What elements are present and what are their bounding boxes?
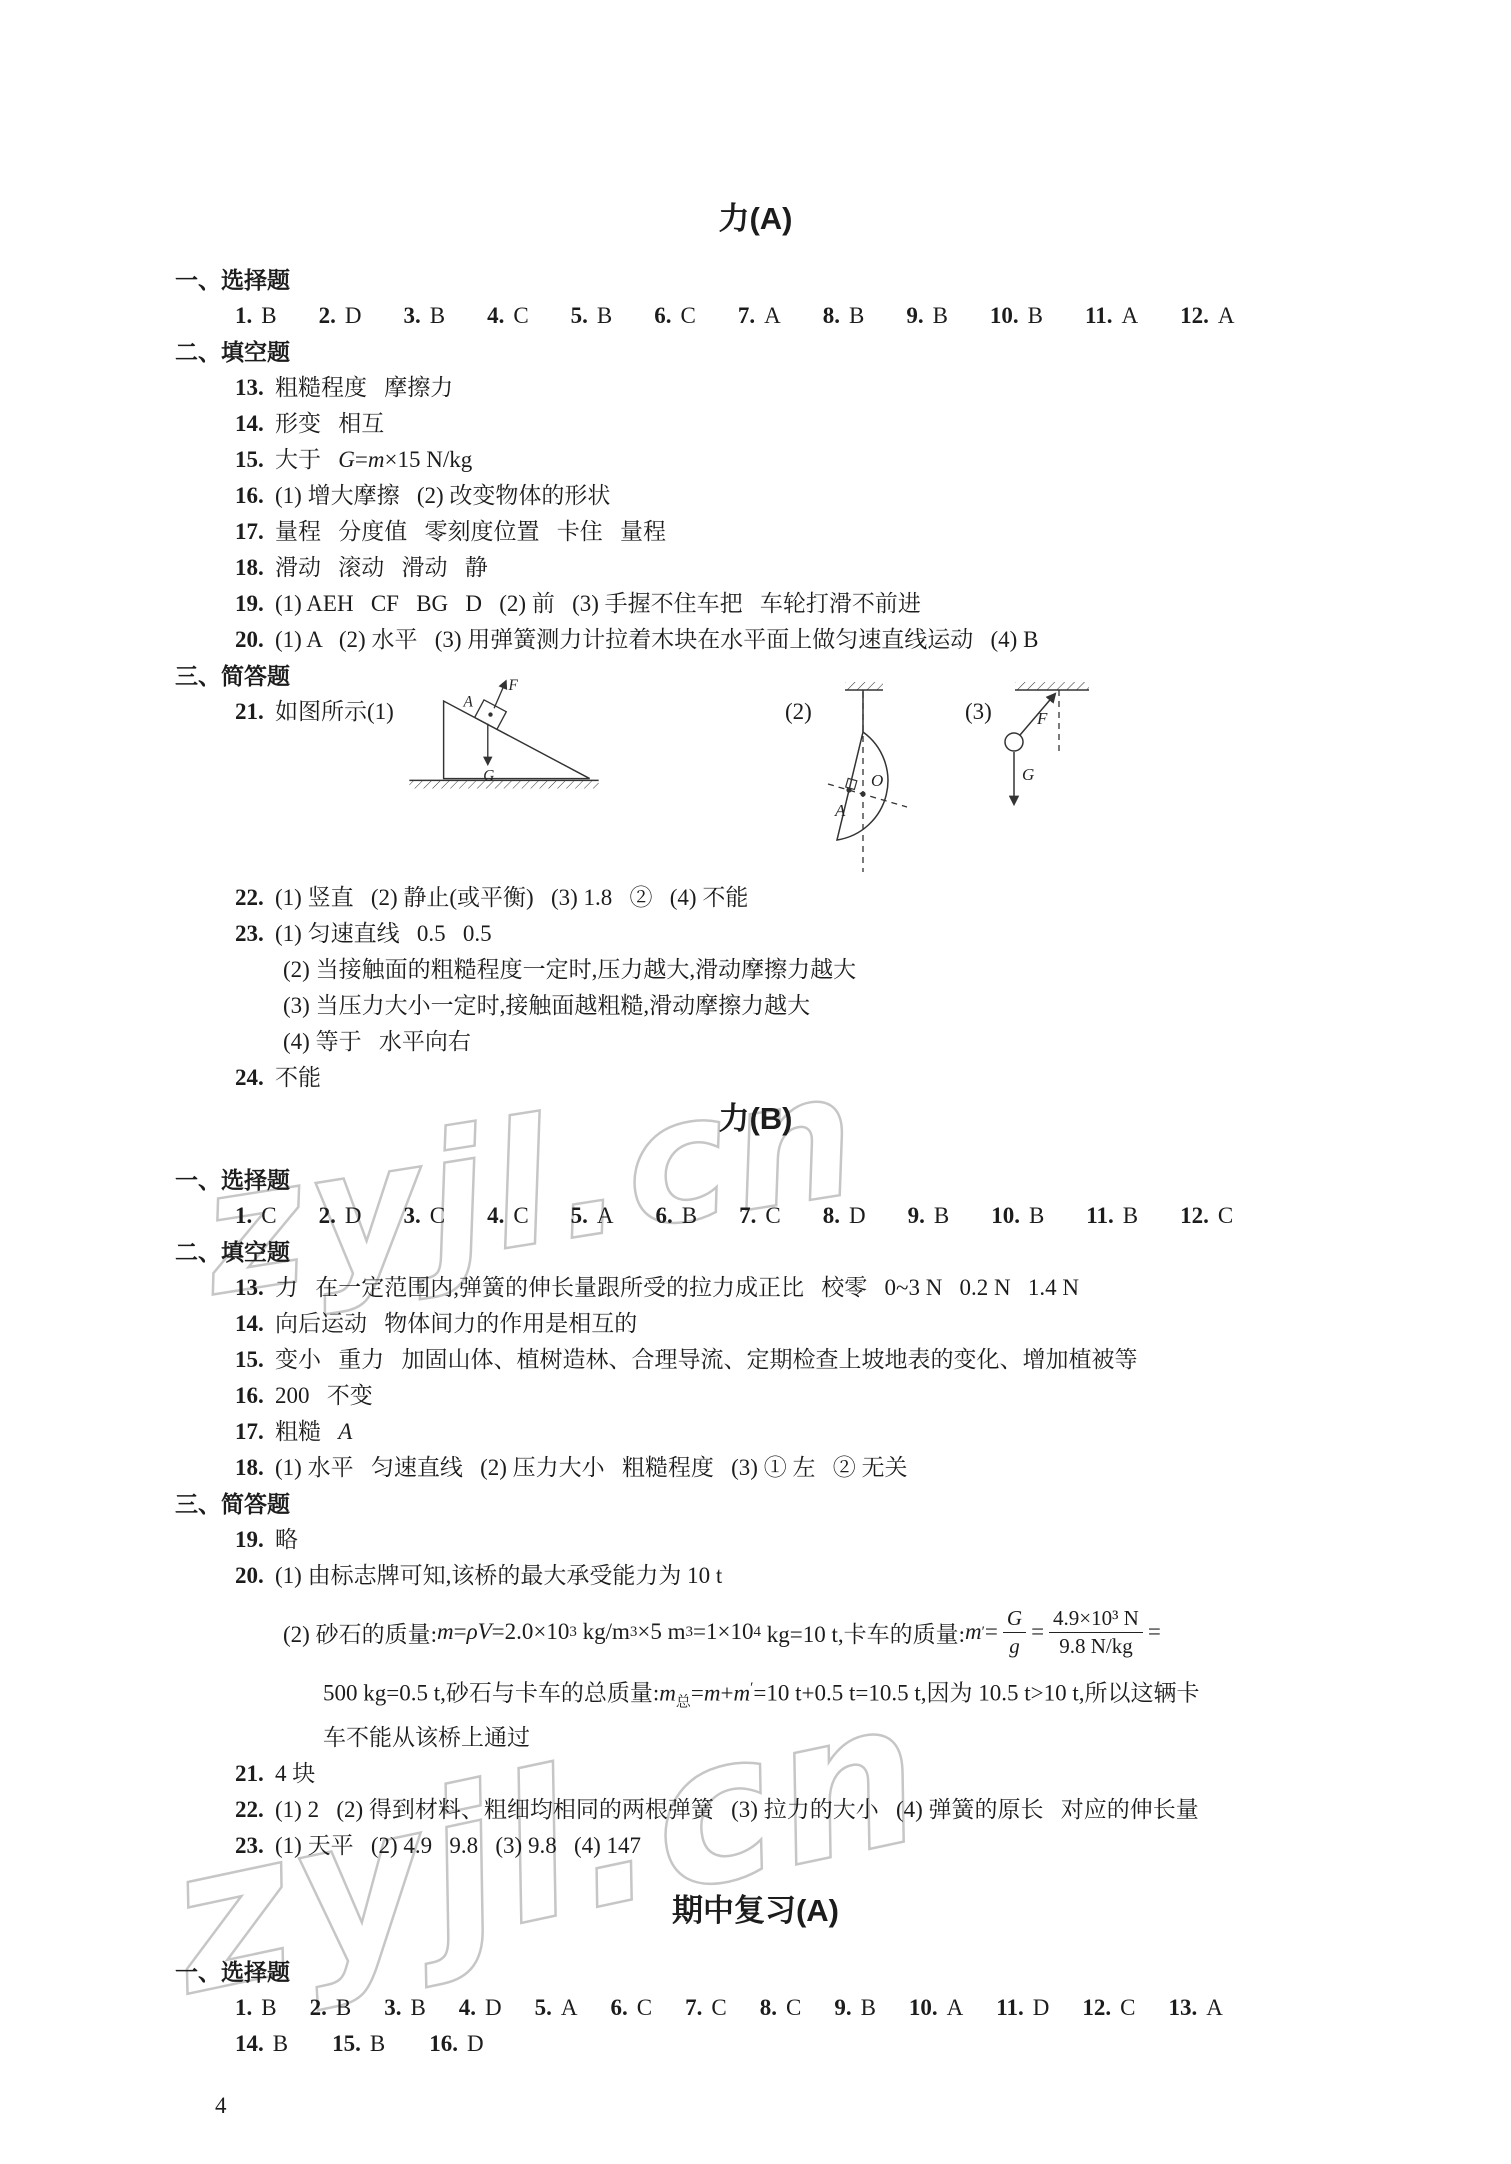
choice-answers-row: 14.B15.B16.D [175,2026,1336,2062]
answer-line: 16.(1) 增大摩擦 (2) 改变物体的形状 [175,478,1336,514]
answer-text: (3) 当压力大小一定时,接触面越粗糙,滑动摩擦力越大 [283,993,810,1018]
superscript: 3 [569,1624,577,1641]
superscript: 4 [753,1624,761,1641]
answer-letter: D [849,1203,866,1228]
question-number: 8. [760,1995,777,2020]
answer-text: 200 不变 [275,1383,373,1408]
label-g: G [483,767,494,784]
answer-line: 14.形变 相互 [175,406,1336,442]
answer-letter: C [711,1995,726,2020]
choice-answer: 4.C [487,298,529,334]
answer-text: + [721,1681,734,1706]
answer-text: (1) 天平 (2) 4.9 9.8 (3) 9.8 (4) 147 [275,1833,641,1858]
section-heading: 一、选择题 [175,1954,1336,1990]
answer-text: 滑动 滚动 滑动 静 [275,555,488,580]
question-number: 4. [487,1203,504,1228]
point-o-dot [860,791,865,796]
question-number: 21. [235,694,275,730]
question-number: 14. [235,1306,275,1342]
answer-letter: D [467,2031,484,2056]
answer-line: 14.向后运动 物体间力的作用是相互的 [175,1306,1336,1342]
answer-text: (1) 2 (2) 得到材料、粗细均相同的两根弹簧 (3) 拉力的大小 (4) … [275,1797,1199,1822]
answer-text: ×5 m [637,1619,685,1645]
question-number: 5. [535,1995,552,2020]
answer-text: kg/m [577,1619,630,1645]
choice-answer: 5.A [571,1198,614,1234]
question-number: 6. [654,303,671,328]
question-number: 2. [319,1203,336,1228]
section-heading: 一、选择题 [175,262,1336,298]
question-number: 11. [1085,303,1112,328]
answer-letter: C [637,1995,652,2020]
answer-line: 19.略 [175,1522,1336,1558]
choice-answer: 9.B [834,1990,876,2026]
question-number: 10. [990,303,1019,328]
answer-text: 500 kg=0.5 t,砂石与卡车的总质量: [323,1681,659,1706]
section-heading: 三、简答题 [175,1486,1336,1522]
answer-line: 18.滑动 滚动 滑动 静 [175,550,1336,586]
answer-line: 16.200 不变 [175,1378,1336,1414]
answer-letter: D [485,1995,502,2020]
answer-text: 大于 [275,447,338,472]
choice-answer: 10.A [909,1990,963,2026]
answer-line: 23.(1) 天平 (2) 4.9 9.8 (3) 9.8 (4) 147 [175,1828,1336,1864]
choice-answer: 3.B [403,298,445,334]
answer-letter: A [1206,1995,1223,2020]
answer-line: 22.(1) 竖直 (2) 静止(或平衡) (3) 1.8 ② (4) 不能 [175,880,1336,916]
answer-letter: C [786,1995,801,2020]
variable: G [338,447,355,472]
answer-letter: C [765,1203,780,1228]
answer-letter: B [336,1995,351,2020]
answer-text: 不能 [275,1065,321,1090]
question-number: 9. [834,1995,851,2020]
question-number: 14. [235,2031,264,2056]
answer-letter: B [370,2031,385,2056]
variable: m [659,1681,676,1706]
question-number: 24. [235,1060,275,1096]
question-number: 14. [235,406,275,442]
variable: m [965,1619,982,1645]
answer-letter: B [861,1995,876,2020]
choice-answers-row: 1.B2.B3.B4.D5.A6.C7.C8.C9.B10.A11.D12.C1… [175,1990,1336,2026]
question-number: 11. [996,1995,1023,2020]
choice-answer: 11.B [1086,1198,1138,1234]
choice-answer: 16.D [429,2026,483,2062]
question-number: 7. [739,1203,756,1228]
answer-text: = [691,1681,704,1706]
answer-text: = [454,1619,467,1645]
answer-letter: B [933,303,948,328]
choice-answer: 7.C [685,1990,727,2026]
question-number: 2. [310,1995,327,2020]
answer-line: 15.变小 重力 加固山体、植树造林、合理导流、定期检查上坡地表的变化、增加植被… [175,1342,1336,1378]
question-number: 16. [235,478,275,514]
answer-letter: A [597,1203,614,1228]
question-number: 21. [235,1756,275,1792]
question-number: 3. [403,1203,420,1228]
fraction-denominator: 9.8 N/kg [1049,1632,1143,1659]
answer-text: = [1031,1619,1044,1645]
fraction-numerator: 4.9×10³ N [1049,1605,1143,1631]
ceiling-hatch [845,682,883,690]
force-f-arrow [494,681,506,708]
section-heading: 二、填空题 [175,334,1336,370]
answer-line: 17.粗糙 A [175,1414,1336,1450]
answer-letter: C [1218,1203,1233,1228]
choice-answer: 10.B [990,298,1043,334]
choice-answer: 4.C [487,1198,529,1234]
answer-line: 13.力 在一定范围内,弹簧的伸长量跟所受的拉力成正比 校零 0~3 N 0.2… [175,1270,1336,1306]
answer-line: 车不能从该桥上通过 [175,1720,1336,1756]
question-number: 15. [235,442,275,478]
answer-letter: A [1218,303,1235,328]
choice-answer: 12.C [1082,1990,1135,2026]
answer-letter: A [561,1995,578,2020]
question-number: 1. [235,1995,252,2020]
choice-answer: 10.B [991,1198,1044,1234]
choice-answer: 9.B [906,298,948,334]
ball [1005,733,1023,751]
choice-answer: 8.C [760,1990,802,2026]
choice-answer: 7.A [738,298,781,334]
answer-line: 500 kg=0.5 t,砂石与卡车的总质量:m总=m+m′=10 t+0.5 … [175,1670,1336,1720]
answer-line: (3) 当压力大小一定时,接触面越粗糙,滑动摩擦力越大 [175,988,1336,1024]
question-number: 13. [235,370,275,406]
answer-text: (1) 竖直 (2) 静止(或平衡) (3) 1.8 ② (4) 不能 [275,885,748,910]
answer-text: 力 在一定范围内,弹簧的伸长量跟所受的拉力成正比 校零 0~3 N 0.2 N … [275,1275,1079,1300]
answer-text: kg=10 t,卡车的质量: [761,1616,965,1649]
question-number: 18. [235,550,275,586]
choice-answer: 5.A [535,1990,578,2026]
choice-answer: 6.C [611,1990,653,2026]
answer-letter: A [764,303,781,328]
answer-text: 车不能从该桥上通过 [323,1725,530,1750]
choice-answer: 15.B [332,2026,385,2062]
choice-answer: 4.D [459,1990,502,2026]
question-number: 23. [235,1828,275,1864]
answer-text: 粗糙程度 摩擦力 [275,375,453,400]
choice-answer: 1.C [235,1198,277,1234]
question-number: 8. [823,303,840,328]
figure-hanging-sector: A O [827,680,932,880]
answer-letter: C [513,303,528,328]
figure-incline-block: A F G [370,674,620,802]
choice-answer: 11.D [996,1990,1049,2026]
question-number: 9. [908,1203,925,1228]
choice-answer: 3.B [384,1990,426,2026]
variable: m [704,1681,721,1706]
answer-letter: A [947,1995,964,2020]
choice-answer: 5.B [571,298,613,334]
variable: m [734,1681,751,1706]
answer-text: =10 t+0.5 t=10.5 t,因为 10.5 t>10 t,所以这辆卡 [753,1681,1199,1706]
answer-letter: B [430,303,445,328]
answer-line: 15.大于 G=m×15 N/kg [175,442,1336,478]
answer-text: (1) 由标志牌可知,该桥的最大承受能力为 10 t [275,1563,722,1588]
question-number: 8. [823,1203,840,1228]
answer-text: (1) AEH CF BG D (2) 前 (3) 手握不住车把 车轮打滑不前进 [275,591,921,616]
answer-letter: B [597,303,612,328]
answer-letter: B [273,2031,288,2056]
answer-text: 向后运动 物体间力的作用是相互的 [275,1311,637,1336]
answer-letter: C [1120,1995,1135,2020]
section-title: 力(B) [175,1096,1336,1142]
question-number: 3. [403,303,420,328]
question-number: 18. [235,1450,275,1486]
block-center-dot [488,712,492,716]
question-number: 13. [1168,1995,1197,2020]
answer-letter: D [345,1203,362,1228]
choice-answer: 6.B [656,1198,698,1234]
ceiling-hatch [1015,682,1089,690]
answer-letter: D [1033,1995,1050,2020]
answer-text: 量程 分度值 零刻度位置 卡住 量程 [275,519,666,544]
answer-letter: C [430,1203,445,1228]
question-number: 6. [656,1203,673,1228]
choice-answer: 12.C [1180,1198,1233,1234]
answer-letter: C [261,1203,276,1228]
answer-text: 形变 相互 [275,411,384,436]
answer-letter: A [1121,303,1138,328]
page-number: 4 [175,2088,1336,2124]
answer-text: =1×10 [693,1619,753,1645]
point-a-dot [846,787,851,792]
answer-text: = [355,447,368,472]
question-number: 16. [429,2031,458,2056]
answer-text: =2.0×10 [492,1619,570,1645]
answer-line: (2) 当接触面的粗糙程度一定时,压力越大,滑动摩擦力越大 [175,952,1336,988]
choice-answer: 7.C [739,1198,781,1234]
choice-answer: 3.C [403,1198,445,1234]
label-f: F [508,677,519,694]
answer-page: zyjl.cn zyjl.cn 力(A)一、选择题1.B2.D3.B4.C5.B… [0,0,1511,2164]
choice-answer: 8.B [823,298,865,334]
answer-letter: B [849,303,864,328]
section-heading: 二、填空题 [175,1234,1336,1270]
answer-text: (1) 增大摩擦 (2) 改变物体的形状 [275,483,610,508]
question-number: 5. [571,1203,588,1228]
question-number: 10. [909,1995,938,2020]
answer-line: 23.(1) 匀速直线 0.5 0.5 [175,916,1336,952]
question-number: 19. [235,1522,275,1558]
label-f: F [1036,709,1048,728]
answer-line: 20.(1) A (2) 水平 (3) 用弹簧测力计拉着木块在水平面上做匀速直线… [175,622,1336,658]
variable: m [368,447,385,472]
content: 力(A)一、选择题1.B2.D3.B4.C5.B6.C7.A8.B9.B10.B… [0,0,1511,2124]
answer-line: 18.(1) 水平 匀速直线 (2) 压力大小 粗糙程度 (3) ① 左 ② 无… [175,1450,1336,1486]
variable: m [437,1619,454,1645]
fraction-numerator: G [1003,1605,1026,1631]
section-title: 期中复习(A) [175,1888,1336,1934]
answer-line: (4) 等于 水平向右 [175,1024,1336,1060]
answer-text: 4 块 [275,1761,315,1786]
question-number: 3. [384,1995,401,2020]
figure3-caption: (3) [965,694,992,730]
question-number: 5. [571,303,588,328]
choice-answer: 12.A [1180,298,1234,334]
variable: ρV [467,1619,492,1645]
choice-answer: 2.D [319,298,362,334]
section-heading: 一、选择题 [175,1162,1336,1198]
question-number: 7. [685,1995,702,2020]
choice-answer: 14.B [235,2026,288,2062]
choice-answer: 6.C [654,298,696,334]
answer-text: 粗糙 [275,1419,338,1444]
question-number: 17. [235,514,275,550]
answer-text: (2) 当接触面的粗糙程度一定时,压力越大,滑动摩擦力越大 [283,957,856,982]
choice-answer: 1.B [235,298,277,334]
label-g: G [1022,765,1034,784]
question-number: 20. [235,622,275,658]
question-number: 22. [235,1792,275,1828]
superscript: 3 [630,1624,638,1641]
answer-text: 略 [275,1527,298,1552]
answer-line: 13.粗糙程度 摩擦力 [175,370,1336,406]
answer-letter: B [410,1995,425,2020]
question-number: 15. [235,1342,275,1378]
question-number: 17. [235,1414,275,1450]
answer-line: 19.(1) AEH CF BG D (2) 前 (3) 手握不住车把 车轮打滑… [175,586,1336,622]
answer-line: 20.(1) 由标志牌可知,该桥的最大承受能力为 10 t [175,1558,1336,1594]
question-number: 4. [487,303,504,328]
variable: A [338,1419,352,1444]
section-heading: 三、简答题 [175,658,1336,694]
answer-text: (1) 匀速直线 0.5 0.5 [275,921,492,946]
answer-text: ×15 N/kg [384,447,472,472]
choice-answers-row: 1.B2.D3.B4.C5.B6.C7.A8.B9.B10.B11.A12.A [175,298,1336,334]
fraction: Gg [1003,1605,1026,1659]
subscript: 总 [676,1694,691,1710]
question-number: 13. [235,1270,275,1306]
question-number: 19. [235,586,275,622]
answer-letter: C [513,1203,528,1228]
ground-hatch [409,780,598,788]
question-number: 9. [906,303,923,328]
question-number: 2. [319,303,336,328]
choice-answers-row: 1.C2.D3.C4.C5.A6.B7.C8.D9.B10.B11.B12.C [175,1198,1336,1234]
choice-answer: 11.A [1085,298,1138,334]
question-number: 16. [235,1378,275,1414]
answer-text: (2) 砂石的质量: [283,1616,437,1649]
question-number: 12. [1180,1203,1209,1228]
answer-line: 21.4 块 [175,1756,1336,1792]
answer-line: (2) 砂石的质量:m=ρV=2.0×103 kg/m3×5 m3=1×104 … [175,1594,1336,1670]
section-title: 力(A) [175,196,1336,242]
question-number: 20. [235,1558,275,1594]
label-a: A [462,693,473,710]
question-number: 10. [991,1203,1020,1228]
choice-answer: 2.D [319,1198,362,1234]
choice-answer: 8.D [823,1198,866,1234]
answer-text: 变小 重力 加固山体、植树造林、合理导流、定期检查上坡地表的变化、增加植被等 [275,1347,1138,1372]
answer-letter: B [934,1203,949,1228]
question-number: 11. [1086,1203,1113,1228]
incline-triangle [444,701,590,779]
question-number: 1. [235,303,252,328]
label-o: O [871,771,883,790]
choice-answer: 2.B [310,1990,352,2026]
fraction-denominator: g [1003,1632,1026,1659]
fraction: 4.9×10³ N9.8 N/kg [1049,1605,1143,1659]
answer-letter: B [682,1203,697,1228]
superscript: 3 [686,1624,694,1641]
figure-item-21: 21.如图所示(1) A F G (2) A [175,694,1336,880]
answer-letter: B [1028,303,1043,328]
answer-text: (4) 等于 水平向右 [283,1029,471,1054]
answer-letter: B [1029,1203,1044,1228]
answer-letter: C [681,303,696,328]
question-number: 4. [459,1995,476,2020]
answer-letter: D [345,303,362,328]
question-number: 1. [235,1203,252,1228]
label-a: A [834,801,846,820]
figure-hanging-ball: F G [997,680,1112,818]
answer-text: = [985,1619,998,1645]
choice-answer: 9.B [908,1198,950,1234]
answer-line: 24.不能 [175,1060,1336,1096]
answer-text: (1) A (2) 水平 (3) 用弹簧测力计拉着木块在水平面上做匀速直线运动 … [275,627,1038,652]
answer-line: 22.(1) 2 (2) 得到材料、粗细均相同的两根弹簧 (3) 拉力的大小 (… [175,1792,1336,1828]
answer-line: 17.量程 分度值 零刻度位置 卡住 量程 [175,514,1336,550]
answer-letter: B [1123,1203,1138,1228]
question-number: 15. [332,2031,361,2056]
question-number: 6. [611,1995,628,2020]
answer-text: (1) 水平 匀速直线 (2) 压力大小 粗糙程度 (3) ① 左 ② 无关 [275,1455,907,1480]
question-number: 12. [1082,1995,1111,2020]
answer-text: = [1148,1619,1161,1645]
question-number: 7. [738,303,755,328]
figure2-caption: (2) [785,694,812,730]
answer-letter: B [261,303,276,328]
choice-answer: 13.A [1168,1990,1222,2026]
choice-answer: 1.B [235,1990,277,2026]
question-number: 12. [1180,303,1209,328]
answer-letter: B [261,1995,276,2020]
